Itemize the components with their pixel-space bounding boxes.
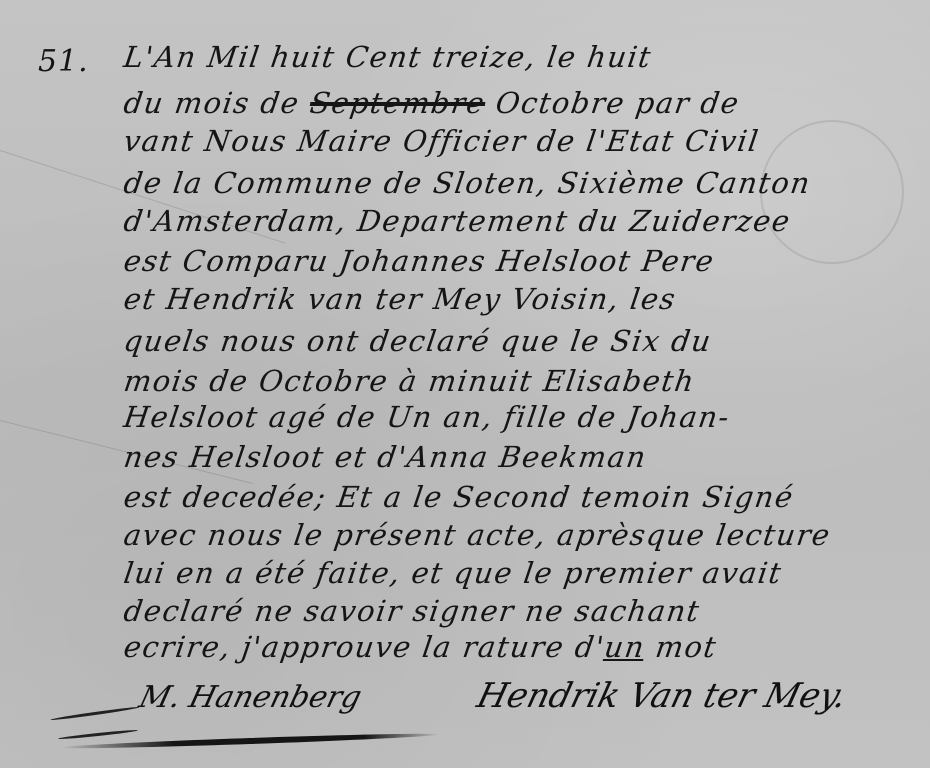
signature-witness: Hendrik Van ter Mey.: [473, 676, 851, 716]
record-line-13: avec nous le présent acte, aprèsque lect…: [122, 518, 834, 552]
line-text: Octobre par de: [483, 86, 742, 120]
struck-word: Septembre: [308, 86, 488, 120]
record-line-8: quels nous ont declaré que le Six du: [122, 324, 714, 358]
line-text: du mois de: [122, 86, 313, 120]
entry-number: 51.: [38, 44, 89, 79]
record-line-11: nes Helsloot et d'Anna Beekman: [122, 440, 649, 474]
record-line-7: et Hendrik van ter Mey Voisin, les: [122, 282, 679, 316]
document-page: 51. L'An Mil huit Cent treize, le huit d…: [0, 0, 930, 768]
record-line-1: L'An Mil huit Cent treize, le huit: [122, 40, 654, 74]
record-line-3: vant Nous Maire Officier de l'Etat Civil: [122, 124, 762, 158]
record-line-15: declaré ne savoir signer ne sachant: [122, 594, 703, 628]
signature-underline-flourish: [60, 731, 440, 750]
record-line-16: ecrire, j'approuve la rature d'un mot: [122, 630, 720, 664]
record-line-4: de la Commune de Sloten, Sixième Canton: [122, 166, 814, 200]
signature-flourish: [58, 729, 138, 740]
record-line-2: du mois de Septembre Octobre par de: [122, 86, 742, 120]
line-text: mot: [643, 630, 720, 664]
record-line-10: Helsloot agé de Un an, fille de Johan-: [122, 400, 733, 434]
record-line-14: lui en a été faite, et que le premier av…: [122, 556, 785, 590]
line-text: ecrire, j'approuve la rature d': [122, 630, 607, 664]
underlined-word: un: [602, 630, 647, 664]
record-line-5: d'Amsterdam, Departement du Zuiderzee: [122, 204, 794, 238]
signature-flourish: [50, 706, 140, 721]
record-line-12: est decedée; Et a le Second temoin Signé: [122, 480, 797, 514]
record-line-9: mois de Octobre à minuit Elisabeth: [122, 364, 698, 398]
record-line-6: est Comparu Johannes Helsloot Pere: [122, 244, 717, 278]
signature-mayor: M. Hanenberg: [136, 680, 365, 715]
